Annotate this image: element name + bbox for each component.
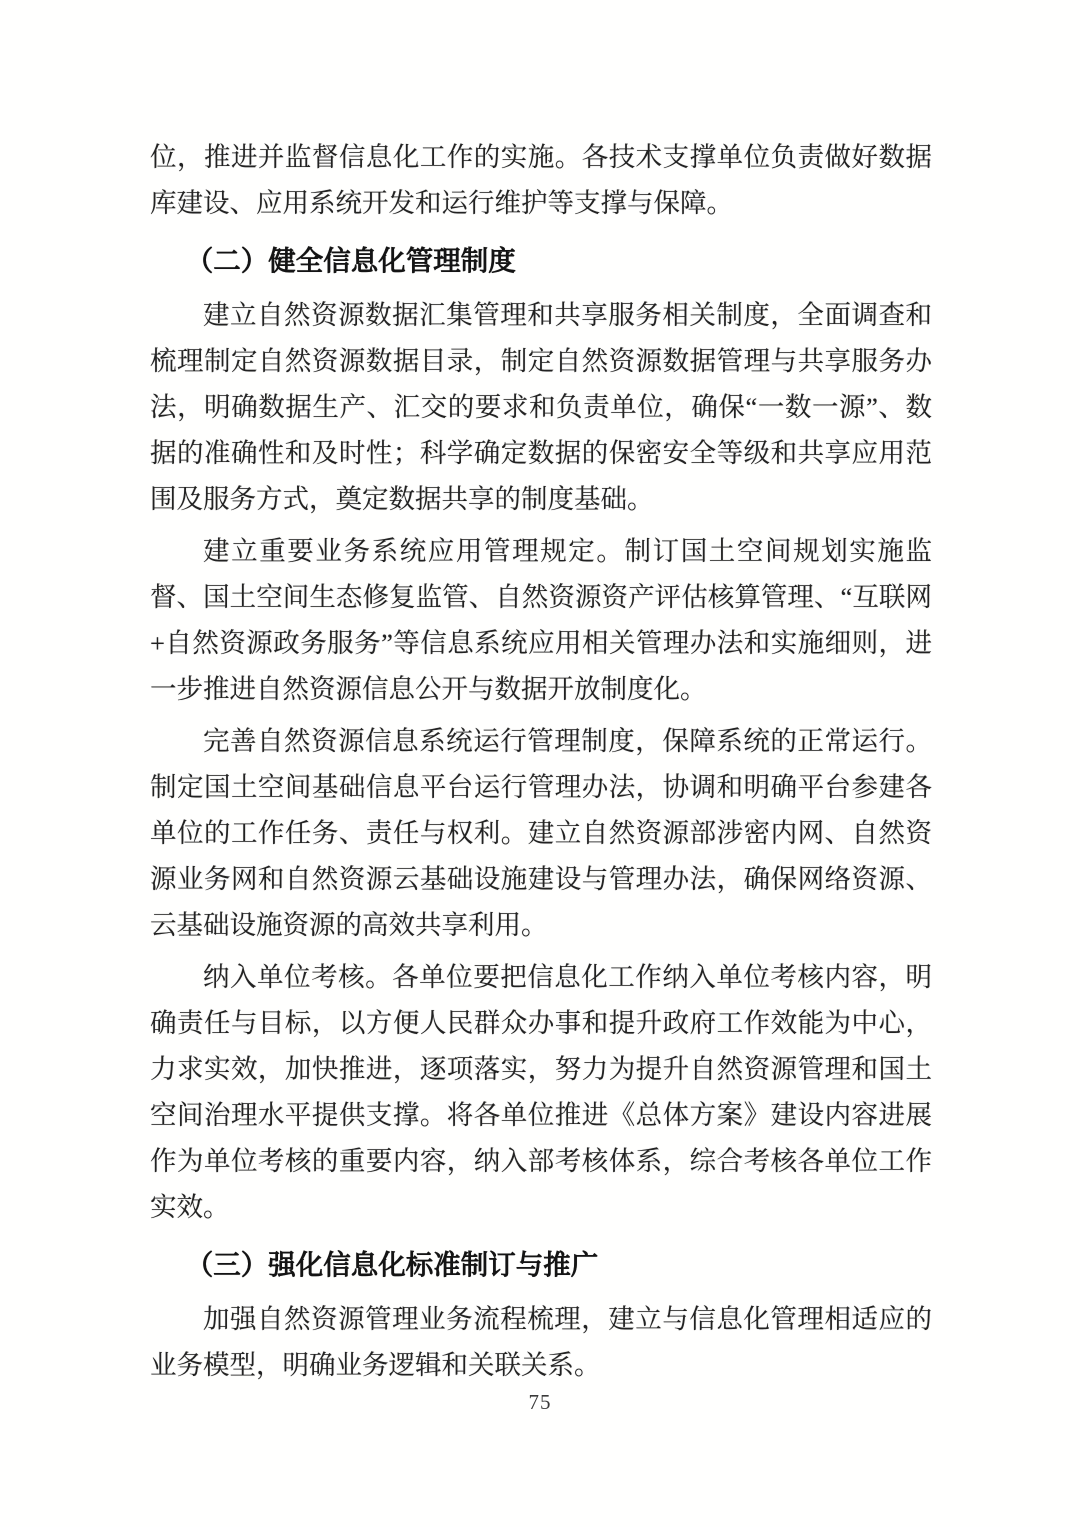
paragraph: 完善自然资源信息系统运行管理制度，保障系统的正常运行。制定国土空间基础信息平台运… [150,718,932,948]
paragraph: 建立重要业务系统应用管理规定。制订国土空间规划实施监督、国土空间生态修复监管、自… [150,528,932,712]
paragraph: 建立自然资源数据汇集管理和共享服务相关制度，全面调查和梳理制定自然资源数据目录，… [150,292,932,522]
paragraph-continuation: 位，推进并监督信息化工作的实施。各技术支撑单位负责做好数据库建设、应用系统开发和… [150,134,932,226]
page-content: 位，推进并监督信息化工作的实施。各技术支撑单位负责做好数据库建设、应用系统开发和… [150,134,932,1394]
paragraph: 纳入单位考核。各单位要把信息化工作纳入单位考核内容，明确责任与目标，以方便人民群… [150,954,932,1230]
paragraph: 加强自然资源管理业务流程梳理，建立与信息化管理相适应的业务模型，明确业务逻辑和关… [150,1296,932,1388]
section-heading-2: （二）健全信息化管理制度 [150,238,932,284]
page-number: 75 [0,1390,1080,1415]
section-heading-3: （三）强化信息化标准制订与推广 [150,1242,932,1288]
document-page: 位，推进并监督信息化工作的实施。各技术支撑单位负责做好数据库建设、应用系统开发和… [0,0,1080,1527]
